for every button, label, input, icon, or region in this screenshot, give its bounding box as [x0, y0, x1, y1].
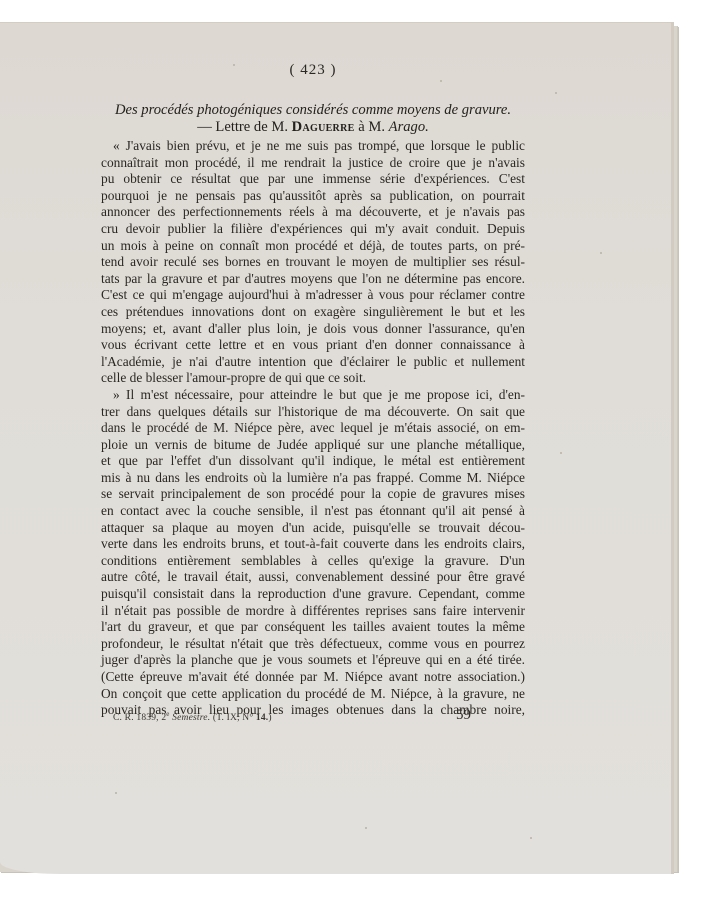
body-line: annoncer des perfectionnements réels à m…: [101, 204, 525, 221]
body-line: « J'avais bien prévu, et je ne me suis p…: [101, 138, 525, 155]
body-line: ces prétendues innovations dont on exagè…: [101, 304, 525, 321]
paper-speck: [530, 837, 532, 839]
article-byline: — Lettre de M. Daguerre à M. Arago.: [101, 119, 525, 136]
byline-prefix: — Lettre de M.: [197, 119, 288, 135]
body-line: il n'était pas possible de mordre à diff…: [101, 603, 525, 620]
body-line: dans le procédé de M. Niépce père, avec …: [101, 420, 525, 437]
body-line: trer dans quelques détails sur l'histori…: [101, 404, 525, 421]
page-number: ( 423 ): [101, 62, 525, 79]
body-line: pourquoi je ne pensais pas qu'aussitôt a…: [101, 188, 525, 205]
body-line: puisqu'il consistait dans la reproductio…: [101, 586, 525, 603]
paper-speck: [560, 452, 562, 454]
body-line: cru devoir publier la filière d'expérien…: [101, 221, 525, 238]
body-line: autre côté, le travail était, aussi, con…: [101, 569, 525, 586]
body-line: attaquer sa plaque au moyen d'un acide, …: [101, 520, 525, 537]
body-line: l'Académie, je n'ai d'autre intention qu…: [101, 354, 525, 371]
body-line: On conçoit que cette application du proc…: [101, 686, 525, 703]
body-line: pu obtenir ce résultat que par une immen…: [101, 171, 525, 188]
page-footer: C. R. 1839, 2e Semestre. (T. IX, N° 14.)…: [101, 707, 525, 725]
body-line: juger d'après la planche que je vous sou…: [101, 652, 525, 669]
body-line: se servait principalement de son procédé…: [101, 486, 525, 503]
article-title: Des procédés photogéniques considérés co…: [101, 102, 525, 119]
body-line: profondeur, le résultat n'était que très…: [101, 636, 525, 653]
body-line: l'art du graveur, et que par conséquent …: [101, 619, 525, 636]
body-line: vous écrivant cette lettre et en vous pr…: [101, 337, 525, 354]
body-line: » Il m'est nécessaire, pour atteindre le…: [101, 387, 525, 404]
byline-middle: à M.: [358, 119, 385, 135]
ref-close: ): [268, 713, 271, 723]
body-line: et que par l'effet d'un dissolvant qu'il…: [101, 453, 525, 470]
body-line: verte dans les endroits bruns, et tout-à…: [101, 536, 525, 553]
paper-speck: [115, 792, 117, 794]
signature-mark: 59: [456, 707, 471, 724]
letter-body: « J'avais bien prévu, et je ne me suis p…: [101, 138, 525, 719]
body-line: (Cette épreuve m'avait été donnée par M.…: [101, 669, 525, 686]
body-line: C'est ce qui m'engage aujourd'hui à m'ad…: [101, 287, 525, 304]
ref-prefix: C. R. 1839, 2: [113, 713, 166, 723]
body-line: mis à nu dans les endroits où la lumière…: [101, 470, 525, 487]
byline-author: Daguerre: [292, 119, 355, 135]
body-line: moyens; et, avant d'aller plus loin, je …: [101, 321, 525, 338]
byline-recipient: Arago.: [389, 119, 429, 135]
body-line: conditions entièrement semblables à cell…: [101, 553, 525, 570]
body-line: tats par la gravure et par d'autres moye…: [101, 271, 525, 288]
document-page: ( 423 ) Des procédés photogéniques consi…: [0, 22, 674, 874]
ref-volume: (T. IX, N°: [213, 713, 253, 723]
body-line: connaîtrait mon procédé, il me rendrait …: [101, 155, 525, 172]
journal-reference: C. R. 1839, 2e Semestre. (T. IX, N° 14.): [113, 710, 272, 723]
ref-superscript: e: [166, 710, 169, 718]
body-line: ploie un vernis de bitume de Judée appli…: [101, 437, 525, 454]
paper-speck: [600, 252, 602, 254]
ref-semester: Semestre.: [172, 713, 210, 723]
paper-speck: [365, 827, 367, 829]
paper-speck: [555, 92, 557, 94]
body-line: un mois à peine on connaît mon procédé e…: [101, 238, 525, 255]
body-line: en contact avec la couche sensible, il n…: [101, 503, 525, 520]
body-line: celle de blesser l'amour-propre de qui q…: [101, 370, 525, 387]
ref-number: 14.: [256, 713, 268, 723]
body-line: tend avoir reculé ses bornes en trouvant…: [101, 254, 525, 271]
paper-speck: [440, 80, 442, 82]
